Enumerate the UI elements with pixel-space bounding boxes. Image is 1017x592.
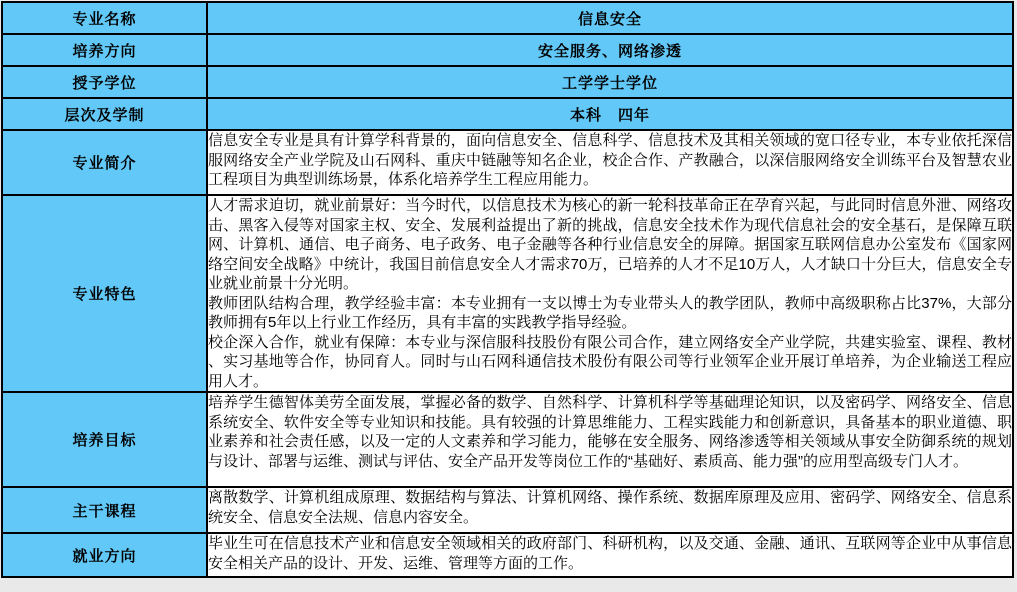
major-info-table: 专业名称 信息安全 培养方向 安全服务、网络渗透 授予学位 工学学士学位: [1, 1, 1014, 578]
table-row-major-features: 专业特色 人才需求迫切，就业前景好：当今时代，以信息技术为核心的新一轮科技革命正…: [2, 195, 1013, 392]
row-value: 信息安全: [578, 11, 642, 28]
row-value: 本科 四年: [570, 107, 650, 124]
table-row-degree-awarded: 授予学位 工学学士学位: [2, 66, 1013, 98]
label-cell-degree-awarded: 授予学位: [2, 66, 207, 98]
label-cell-training-direction: 培养方向: [2, 34, 207, 66]
value-cell-major-introduction: 信息安全专业是具有计算学科背景的，面向信息安全、信息科学、信息技术及其相关领域的…: [207, 130, 1013, 195]
major-info-page: 专业名称 信息安全 培养方向 安全服务、网络渗透 授予学位 工学学士学位: [0, 0, 1017, 592]
table-row-employment-direction: 就业方向 毕业生可在信息技术产业和信息安全领域相关的政府部门、科研机构，以及交通…: [2, 533, 1013, 577]
label-cell-training-objectives: 培养目标: [2, 392, 207, 487]
label-cell-employment-direction: 就业方向: [2, 533, 207, 577]
paragraph: 信息安全专业是具有计算学科背景的，面向信息安全、信息科学、信息技术及其相关领域的…: [208, 131, 1012, 190]
value-cell-major-name: 信息安全: [207, 2, 1013, 34]
label-cell-major-name: 专业名称: [2, 2, 207, 34]
value-cell-employment-direction: 毕业生可在信息技术产业和信息安全领域相关的政府部门、科研机构，以及交通、金融、通…: [207, 533, 1013, 577]
label-cell-main-courses: 主干课程: [2, 487, 207, 533]
value-cell-degree-awarded: 工学学士学位: [207, 66, 1013, 98]
label-cell-major-introduction: 专业简介: [2, 130, 207, 195]
row-label: 培养方向: [72, 43, 136, 60]
paragraph: 离散数学、计算机组成原理、数据结构与算法、计算机网络、操作系统、数据库原理及应用…: [208, 488, 1012, 527]
row-label: 培养目标: [72, 432, 136, 449]
row-value: 安全服务、网络渗透: [538, 43, 682, 60]
row-label: 专业名称: [72, 11, 136, 28]
value-cell-level-and-duration: 本科 四年: [207, 98, 1013, 130]
label-cell-major-features: 专业特色: [2, 195, 207, 392]
row-label: 层次及学制: [64, 107, 144, 124]
paragraph: 人才需求迫切，就业前景好：当今时代，以信息技术为核心的新一轮科技革命正在孕育兴起…: [208, 196, 1012, 294]
table-row-major-name: 专业名称 信息安全: [2, 2, 1013, 34]
value-cell-training-direction: 安全服务、网络渗透: [207, 34, 1013, 66]
table-row-training-objectives: 培养目标 培养学生德智体美劳全面发展，掌握必备的数学、自然科学、计算机科学等基础…: [2, 392, 1013, 487]
table-row-main-courses: 主干课程 离散数学、计算机组成原理、数据结构与算法、计算机网络、操作系统、数据库…: [2, 487, 1013, 533]
table-row-training-direction: 培养方向 安全服务、网络渗透: [2, 34, 1013, 66]
table-row-level-and-duration: 层次及学制 本科 四年: [2, 98, 1013, 130]
row-label: 授予学位: [72, 75, 136, 92]
paragraph: 教师团队结构合理，教学经验丰富：本专业拥有一支以博士为专业带头人的教学团队，教师…: [208, 294, 1012, 333]
row-label: 专业特色: [72, 286, 136, 303]
row-value: 工学学士学位: [562, 75, 658, 92]
paragraph: 培养学生德智体美劳全面发展，掌握必备的数学、自然科学、计算机科学等基础理论知识，…: [208, 393, 1012, 471]
value-cell-major-features: 人才需求迫切，就业前景好：当今时代，以信息技术为核心的新一轮科技革命正在孕育兴起…: [207, 195, 1013, 392]
label-cell-level-and-duration: 层次及学制: [2, 98, 207, 130]
value-cell-training-objectives: 培养学生德智体美劳全面发展，掌握必备的数学、自然科学、计算机科学等基础理论知识，…: [207, 392, 1013, 487]
paragraph: 校企深入合作，就业有保障：本专业与深信服科技股份有限公司合作，建立网络安全产业学…: [208, 333, 1012, 392]
paragraph: 毕业生可在信息技术产业和信息安全领域相关的政府部门、科研机构，以及交通、金融、通…: [208, 534, 1012, 573]
value-cell-main-courses: 离散数学、计算机组成原理、数据结构与算法、计算机网络、操作系统、数据库原理及应用…: [207, 487, 1013, 533]
row-label: 主干课程: [72, 503, 136, 520]
row-label: 专业简介: [72, 155, 136, 172]
table-row-major-introduction: 专业简介 信息安全专业是具有计算学科背景的，面向信息安全、信息科学、信息技术及其…: [2, 130, 1013, 195]
row-label: 就业方向: [72, 548, 136, 565]
